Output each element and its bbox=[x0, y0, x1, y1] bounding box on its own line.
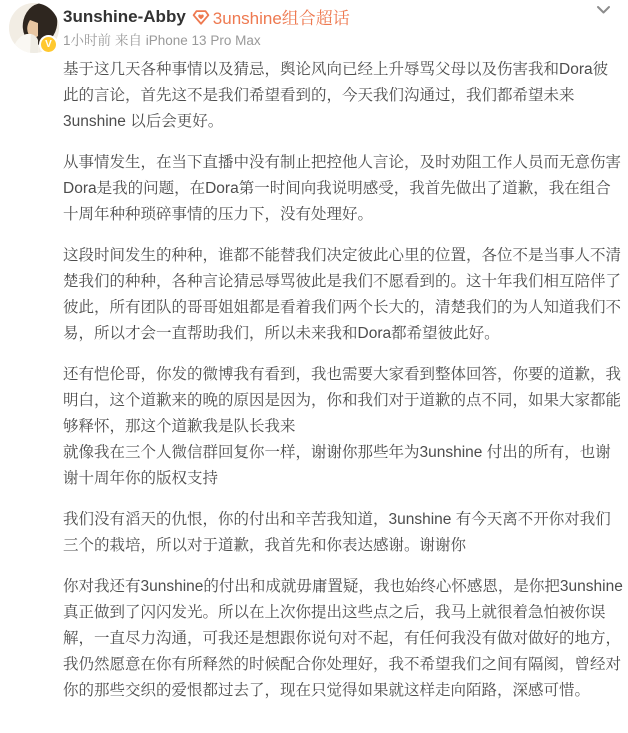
post-paragraph: 还有恺伦哥，你发的微博我有看到，我也需要大家看到整体回答，你要的道歉，我明白，这… bbox=[63, 362, 623, 492]
post-meta: 1小时前来自 iPhone 13 Pro Max bbox=[63, 29, 261, 49]
post-paragraph: 我们没有滔天的仇恨，你的付出和辛苦我知道，3unshine 有今天离不开你对我们… bbox=[63, 507, 623, 559]
verified-badge-icon: V bbox=[39, 35, 58, 54]
post-paragraph: 基于这几天各种事情以及猜忌，舆论风向已经上升辱骂父母以及伤害我和Dora彼此的言… bbox=[63, 57, 623, 135]
chevron-down-icon bbox=[596, 2, 611, 20]
more-options-button[interactable] bbox=[592, 2, 614, 20]
supertopic-label: 3unshine组合超话 bbox=[213, 4, 350, 29]
timestamp: 1小时前 bbox=[63, 33, 111, 48]
post-content: 基于这几天各种事情以及猜忌，舆论风向已经上升辱骂父母以及伤害我和Dora彼此的言… bbox=[63, 57, 623, 719]
post-header: V 3unshine-Abby 3unshine组合超话 1小时前来自 iPho… bbox=[0, 0, 628, 53]
post-paragraph: 你对我还有3unshine的付出和成就毋庸置疑，我也始终心怀感恩，是你把3uns… bbox=[63, 574, 623, 704]
source-link[interactable]: 来自 iPhone 13 Pro Max bbox=[115, 33, 261, 48]
post-paragraph: 这段时间发生的种种，谁都不能替我们决定彼此心里的位置，各位不是当事人不清楚我们的… bbox=[63, 243, 623, 347]
name-row: 3unshine-Abby 3unshine组合超话 bbox=[63, 5, 350, 28]
supertopic-gem-icon bbox=[192, 8, 210, 26]
username[interactable]: 3unshine-Abby bbox=[63, 7, 186, 27]
supertopic-link[interactable]: 3unshine组合超话 bbox=[192, 4, 350, 29]
post-paragraph: 从事情发生，在当下直播中没有制止把控他人言论，及时劝阻工作人员而无意伤害Dora… bbox=[63, 150, 623, 228]
